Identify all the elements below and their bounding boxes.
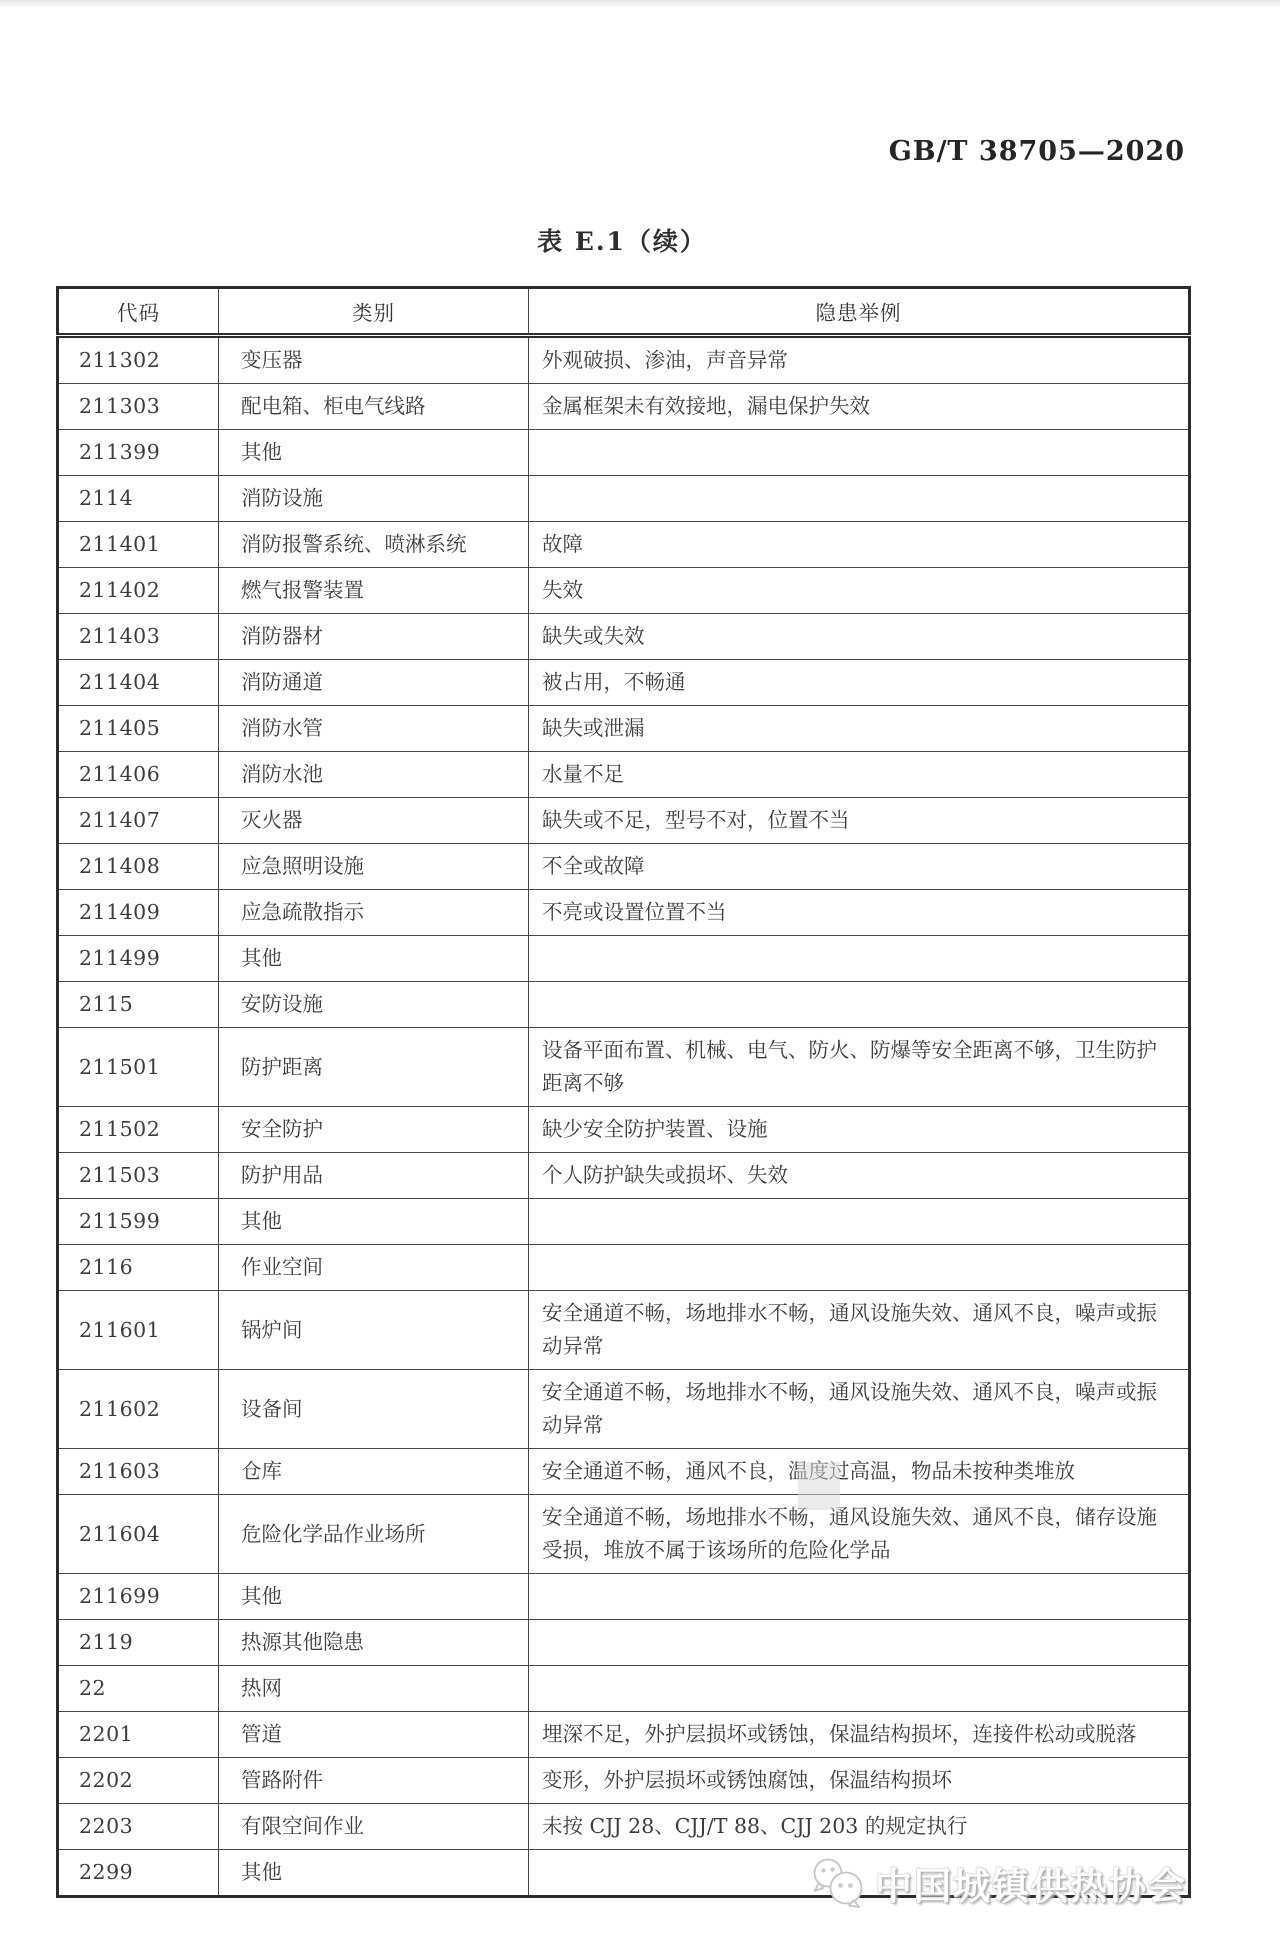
cell-example: 未按 CJJ 28、CJJ/T 88、CJJ 203 的规定执行 xyxy=(529,1804,1190,1850)
cell-example: 被占用，不畅通 xyxy=(529,660,1190,706)
cell-example: 缺失或失效 xyxy=(529,614,1190,660)
cell-category: 灭火器 xyxy=(219,798,529,844)
table-row: 2115安防设施 xyxy=(58,982,1190,1028)
cell-code: 211406 xyxy=(58,752,219,798)
cell-code: 2115 xyxy=(58,982,219,1028)
cell-category: 应急疏散指示 xyxy=(219,890,529,936)
table-row: 211407灭火器缺失或不足，型号不对，位置不当 xyxy=(58,798,1190,844)
table-row: 2116作业空间 xyxy=(58,1245,1190,1291)
cell-code: 2119 xyxy=(58,1620,219,1666)
cell-code: 211402 xyxy=(58,568,219,614)
table-row: 2202管路附件变形，外护层损坏或锈蚀腐蚀，保温结构损坏 xyxy=(58,1758,1190,1804)
cell-category: 其他 xyxy=(219,430,529,476)
watermark-text: 中国城镇供热协会 xyxy=(875,1856,1187,1910)
table-body: 211302变压器外观破损、渗油，声音异常211303配电箱、柜电气线路金属框架… xyxy=(58,336,1190,1897)
table-row: 22热网 xyxy=(58,1666,1190,1712)
cell-code: 211603 xyxy=(58,1449,219,1495)
table-row: 2203有限空间作业未按 CJJ 28、CJJ/T 88、CJJ 203 的规定… xyxy=(58,1804,1190,1850)
table-row: 211403消防器材缺失或失效 xyxy=(58,614,1190,660)
cell-category: 有限空间作业 xyxy=(219,1804,529,1850)
cell-example: 不全或故障 xyxy=(529,844,1190,890)
table-title: 表 E.1（续） xyxy=(56,222,1188,258)
table-row: 211408应急照明设施不全或故障 xyxy=(58,844,1190,890)
table-row: 211399其他 xyxy=(58,430,1190,476)
cell-code: 211302 xyxy=(58,336,219,384)
cell-example: 缺失或泄漏 xyxy=(529,706,1190,752)
cell-category: 消防器材 xyxy=(219,614,529,660)
cell-category: 其他 xyxy=(219,1199,529,1245)
table-row: 211599其他 xyxy=(58,1199,1190,1245)
cell-code: 22 xyxy=(58,1666,219,1712)
hazard-code-table: 代码 类别 隐患举例 211302变压器外观破损、渗油，声音异常211303配电… xyxy=(56,286,1191,1898)
cell-category: 危险化学品作业场所 xyxy=(219,1495,529,1574)
cell-category: 热网 xyxy=(219,1666,529,1712)
cell-category: 消防水池 xyxy=(219,752,529,798)
cell-category: 管路附件 xyxy=(219,1758,529,1804)
cell-example xyxy=(529,1199,1190,1245)
table-row: 211406消防水池水量不足 xyxy=(58,752,1190,798)
cell-code: 211503 xyxy=(58,1153,219,1199)
cell-code: 211403 xyxy=(58,614,219,660)
cell-category: 锅炉间 xyxy=(219,1291,529,1370)
cell-example xyxy=(529,982,1190,1028)
cell-category: 变压器 xyxy=(219,336,529,384)
table-row: 211604危险化学品作业场所安全通道不畅，场地排水不畅，通风设施失效、通风不良… xyxy=(58,1495,1190,1574)
cell-code: 211409 xyxy=(58,890,219,936)
cell-category: 应急照明设施 xyxy=(219,844,529,890)
cell-example xyxy=(529,1666,1190,1712)
cell-category: 设备间 xyxy=(219,1370,529,1449)
cell-example: 个人防护缺失或损坏、失效 xyxy=(529,1153,1190,1199)
cell-category: 安防设施 xyxy=(219,982,529,1028)
cell-category: 消防设施 xyxy=(219,476,529,522)
cell-code: 211601 xyxy=(58,1291,219,1370)
table-header: 代码 类别 隐患举例 xyxy=(58,288,1190,336)
table-row: 211502安全防护缺少安全防护装置、设施 xyxy=(58,1107,1190,1153)
table-row: 211404消防通道被占用，不畅通 xyxy=(58,660,1190,706)
table-row: 211503防护用品个人防护缺失或损坏、失效 xyxy=(58,1153,1190,1199)
cell-category: 防护用品 xyxy=(219,1153,529,1199)
cell-example: 缺少安全防护装置、设施 xyxy=(529,1107,1190,1153)
cell-category: 安全防护 xyxy=(219,1107,529,1153)
cell-category: 消防报警系统、喷淋系统 xyxy=(219,522,529,568)
cell-code: 211303 xyxy=(58,384,219,430)
table-row: 211402燃气报警装置失效 xyxy=(58,568,1190,614)
header-category: 类别 xyxy=(219,288,529,336)
table-row: 211302变压器外观破损、渗油，声音异常 xyxy=(58,336,1190,384)
cell-example xyxy=(529,936,1190,982)
cell-example: 安全通道不畅，场地排水不畅，通风设施失效、通风不良，储存设施受损，堆放不属于该场… xyxy=(529,1495,1190,1574)
table-row: 211602设备间安全通道不畅，场地排水不畅，通风设施失效、通风不良，噪声或振动… xyxy=(58,1370,1190,1449)
cell-example: 安全通道不畅，场地排水不畅，通风设施失效、通风不良，噪声或振动异常 xyxy=(529,1291,1190,1370)
cell-example xyxy=(529,476,1190,522)
cell-example xyxy=(529,1620,1190,1666)
cell-example xyxy=(529,1245,1190,1291)
cell-example: 金属框架未有效接地，漏电保护失效 xyxy=(529,384,1190,430)
standard-number: GB/T 38705—2020 xyxy=(889,136,1185,167)
cell-example xyxy=(529,1574,1190,1620)
header-row: 代码 类别 隐患举例 xyxy=(58,288,1190,336)
table-row: 211409应急疏散指示不亮或设置位置不当 xyxy=(58,890,1190,936)
cell-code: 2201 xyxy=(58,1712,219,1758)
cell-example: 安全通道不畅，场地排水不畅，通风设施失效、通风不良，噪声或振动异常 xyxy=(529,1370,1190,1449)
cell-code: 211499 xyxy=(58,936,219,982)
header-code: 代码 xyxy=(58,288,219,336)
cell-category: 其他 xyxy=(219,936,529,982)
table-row: 211303配电箱、柜电气线路金属框架未有效接地，漏电保护失效 xyxy=(58,384,1190,430)
cell-example: 不亮或设置位置不当 xyxy=(529,890,1190,936)
cell-code: 211399 xyxy=(58,430,219,476)
table-row: 2201管道埋深不足，外护层损坏或锈蚀，保温结构损坏，连接件松动或脱落 xyxy=(58,1712,1190,1758)
cell-example: 缺失或不足，型号不对，位置不当 xyxy=(529,798,1190,844)
cell-category: 热源其他隐患 xyxy=(219,1620,529,1666)
cell-code: 2299 xyxy=(58,1850,219,1897)
cell-code: 211501 xyxy=(58,1028,219,1107)
table-row: 211401消防报警系统、喷淋系统故障 xyxy=(58,522,1190,568)
cell-code: 2114 xyxy=(58,476,219,522)
cell-category: 作业空间 xyxy=(219,1245,529,1291)
table-row: 2114消防设施 xyxy=(58,476,1190,522)
cell-example: 埋深不足，外护层损坏或锈蚀，保温结构损坏，连接件松动或脱落 xyxy=(529,1712,1190,1758)
cell-category: 燃气报警装置 xyxy=(219,568,529,614)
cell-code: 211602 xyxy=(58,1370,219,1449)
cell-code: 211699 xyxy=(58,1574,219,1620)
cell-category: 消防水管 xyxy=(219,706,529,752)
cell-example: 水量不足 xyxy=(529,752,1190,798)
cell-category: 仓库 xyxy=(219,1449,529,1495)
cell-category: 防护距离 xyxy=(219,1028,529,1107)
cell-code: 211407 xyxy=(58,798,219,844)
cell-code: 2202 xyxy=(58,1758,219,1804)
cell-code: 211404 xyxy=(58,660,219,706)
cell-example: 外观破损、渗油，声音异常 xyxy=(529,336,1190,384)
table-row: 211405消防水管缺失或泄漏 xyxy=(58,706,1190,752)
cell-code: 211401 xyxy=(58,522,219,568)
cell-category: 其他 xyxy=(219,1574,529,1620)
table-row: 2119热源其他隐患 xyxy=(58,1620,1190,1666)
table-row: 211601锅炉间安全通道不畅，场地排水不畅，通风设施失效、通风不良，噪声或振动… xyxy=(58,1291,1190,1370)
cell-code: 2203 xyxy=(58,1804,219,1850)
cell-code: 2116 xyxy=(58,1245,219,1291)
header-example: 隐患举例 xyxy=(529,288,1190,336)
cell-category: 管道 xyxy=(219,1712,529,1758)
table-row: 211501防护距离设备平面布置、机械、电气、防火、防爆等安全距离不够，卫生防护… xyxy=(58,1028,1190,1107)
cell-code: 211599 xyxy=(58,1199,219,1245)
association-watermark: 中国城镇供热协会 xyxy=(809,1856,1187,1910)
table-row: 211499其他 xyxy=(58,936,1190,982)
cell-code: 211604 xyxy=(58,1495,219,1574)
cell-code: 211405 xyxy=(58,706,219,752)
cell-category: 其他 xyxy=(219,1850,529,1897)
scan-top-edge xyxy=(0,0,1280,7)
cell-example: 失效 xyxy=(529,568,1190,614)
cell-code: 211502 xyxy=(58,1107,219,1153)
cell-category: 消防通道 xyxy=(219,660,529,706)
cell-example: 变形，外护层损坏或锈蚀腐蚀，保温结构损坏 xyxy=(529,1758,1190,1804)
cell-example xyxy=(529,430,1190,476)
cell-code: 211408 xyxy=(58,844,219,890)
wechat-icon xyxy=(809,1856,867,1910)
cell-example: 故障 xyxy=(529,522,1190,568)
cell-example: 安全通道不畅，通风不良，温度过高温，物品未按种类堆放 xyxy=(529,1449,1190,1495)
cell-category: 配电箱、柜电气线路 xyxy=(219,384,529,430)
table-row: 211603仓库安全通道不畅，通风不良，温度过高温，物品未按种类堆放 xyxy=(58,1449,1190,1495)
cell-example: 设备平面布置、机械、电气、防火、防爆等安全距离不够，卫生防护距离不够 xyxy=(529,1028,1190,1107)
table-row: 211699其他 xyxy=(58,1574,1190,1620)
